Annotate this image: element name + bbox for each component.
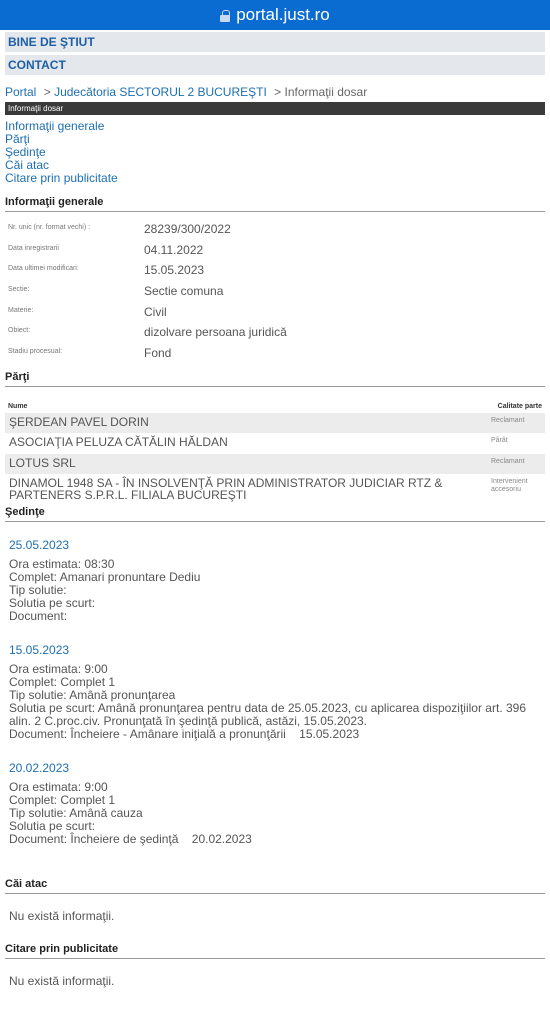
sedinta-solutia: Solutia pe scurt: [9, 597, 541, 610]
party-role: Reclamant [491, 457, 541, 466]
info-label: Nr. unic (nr. format vechi) : [5, 222, 144, 231]
sedinta-details: Ora estimata: 9:00 Complet: Complet 1 Ti… [9, 663, 541, 741]
url-text[interactable]: portal.just.ro [236, 5, 330, 25]
sedinta-date: 25.05.2023 [9, 538, 541, 552]
breadcrumb-separator: > [274, 85, 281, 99]
lock-icon [220, 10, 230, 22]
citare-empty: Nu există informaţii. [9, 974, 541, 988]
info-row: Data ultimei modificari:15.05.2023 [5, 263, 545, 284]
party-role: Reclamant [491, 416, 541, 425]
sedinta-details: Ora estimata: 9:00 Complet: Complet 1 Ti… [9, 781, 541, 846]
info-value: dizolvare persoana juridică [144, 325, 287, 339]
sedinta-document[interactable]: Document: Încheiere de şedinţă 20.02.202… [9, 833, 541, 846]
browser-url-bar[interactable]: portal.just.ro [0, 0, 550, 30]
toc-informatii-generale[interactable]: Informaţii generale [5, 120, 545, 133]
sedinta-item: 20.02.2023 Ora estimata: 9:00 Complet: C… [9, 761, 541, 846]
info-row: Materie:Civil [5, 305, 545, 326]
toc-parti[interactable]: Părţi [5, 133, 545, 146]
info-row: Sectie:Sectie comuna [5, 284, 545, 305]
info-label: Materie: [5, 305, 144, 314]
section-title-citare: Citare prin publicitate [5, 943, 545, 959]
sedinta-item: 15.05.2023 Ora estimata: 9:00 Complet: C… [9, 643, 541, 741]
breadcrumb-separator: > [44, 85, 51, 99]
sedinta-document[interactable]: Document: Încheiere - Amânare iniţială a… [9, 728, 541, 741]
info-value: Sectie comuna [144, 284, 223, 298]
info-label: Data ultimei modificari: [5, 263, 144, 272]
info-row: Stadiu procesual:Fond [5, 346, 545, 367]
parti-table-header: Nume Calitate parte [5, 401, 545, 413]
breadcrumb: Portal > Judecătoria SECTORUL 2 BUCUREŞT… [5, 85, 545, 101]
party-role: Intervenient accesoriu [491, 477, 541, 494]
table-of-contents: Informaţii generale Părţi Şedinţe Căi at… [5, 120, 545, 185]
breadcrumb-court[interactable]: Judecătoria SECTORUL 2 BUCUREŞTI [54, 85, 267, 99]
breadcrumb-current: Informaţii dosar [285, 85, 368, 99]
party-role: Pârât [491, 436, 541, 445]
section-title-general: Informaţii generale [5, 196, 545, 212]
info-value: 04.11.2022 [144, 243, 203, 257]
info-value: Fond [144, 346, 171, 360]
table-row: DINAMOL 1948 SA - ÎN INSOLVENŢĂ PRIN ADM… [5, 474, 545, 504]
info-row: Data inregistrarii04.11.2022 [5, 243, 545, 264]
info-label: Data inregistrarii [5, 243, 144, 252]
info-row: Nr. unic (nr. format vechi) :28239/300/2… [5, 222, 545, 243]
party-name: ŞERDEAN PAVEL DORIN [9, 416, 479, 428]
info-label: Sectie: [5, 284, 144, 293]
info-label: Stadiu procesual: [5, 346, 144, 355]
toc-sedinte[interactable]: Şedinţe [5, 146, 545, 159]
sedinta-solutia: Solutia pe scurt: Amână pronunţarea pent… [9, 702, 541, 728]
sedinta-item: 25.05.2023 Ora estimata: 08:30 Complet: … [9, 538, 541, 623]
nav-contact[interactable]: CONTACT [5, 55, 545, 75]
general-info-table: Nr. unic (nr. format vechi) :28239/300/2… [5, 222, 545, 367]
sedinta-document: Document: [9, 610, 541, 623]
sedinta-date: 15.05.2023 [9, 643, 541, 657]
nav-bine-de-stiut[interactable]: BINE DE ŞTIUT [5, 32, 545, 52]
column-header-calitate: Calitate parte [498, 403, 542, 410]
toc-citare[interactable]: Citare prin publicitate [5, 172, 545, 185]
sedinta-details: Ora estimata: 08:30 Complet: Amanari pro… [9, 558, 541, 623]
party-name: LOTUS SRL [9, 457, 479, 469]
sedinta-date: 20.02.2023 [9, 761, 541, 775]
section-title-sedinte: Şedinţe [5, 506, 545, 522]
breadcrumb-portal[interactable]: Portal [5, 85, 36, 99]
column-header-nume: Nume [8, 403, 27, 410]
info-row: Obiect:dizolvare persoana juridică [5, 325, 545, 346]
table-row: ASOCIAŢIA PELUZA CĂTĂLIN HĂLDANPârât [5, 433, 545, 454]
info-value: 28239/300/2022 [144, 222, 231, 236]
sedinta-complet: Complet: Amanari pronuntare Dediu [9, 571, 541, 584]
table-row: LOTUS SRLReclamant [5, 454, 545, 475]
party-name: ASOCIAŢIA PELUZA CĂTĂLIN HĂLDAN [9, 436, 479, 448]
info-value: 15.05.2023 [144, 263, 204, 277]
info-value: Civil [144, 305, 167, 319]
party-name: DINAMOL 1948 SA - ÎN INSOLVENŢĂ PRIN ADM… [9, 477, 479, 501]
section-title-parti: Părţi [5, 371, 545, 387]
table-row: ŞERDEAN PAVEL DORINReclamant [5, 413, 545, 434]
cai-atac-empty: Nu există informaţii. [9, 909, 541, 923]
info-label: Obiect: [5, 325, 144, 334]
section-title-cai-atac: Căi atac [5, 878, 545, 894]
section-header-bar: Informaţii dosar [5, 102, 545, 115]
